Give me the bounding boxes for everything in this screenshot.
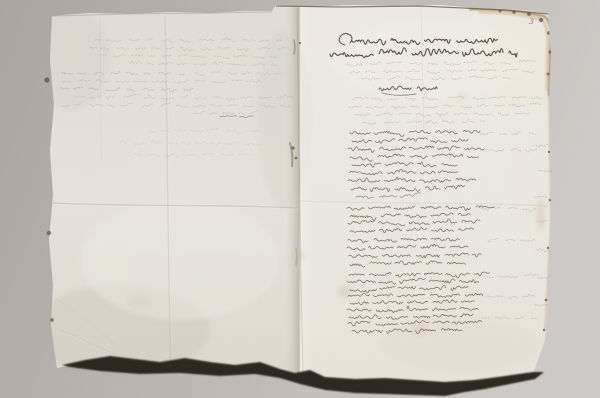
manuscript-photo-canvas: 3 [0, 0, 600, 398]
manuscript-photo: 3 [0, 0, 600, 398]
paper-sheet [30, 0, 560, 398]
edge-nick [44, 77, 49, 82]
edge-nick [50, 318, 54, 322]
page-number: 3 [529, 17, 534, 26]
edge-nick [47, 231, 51, 235]
